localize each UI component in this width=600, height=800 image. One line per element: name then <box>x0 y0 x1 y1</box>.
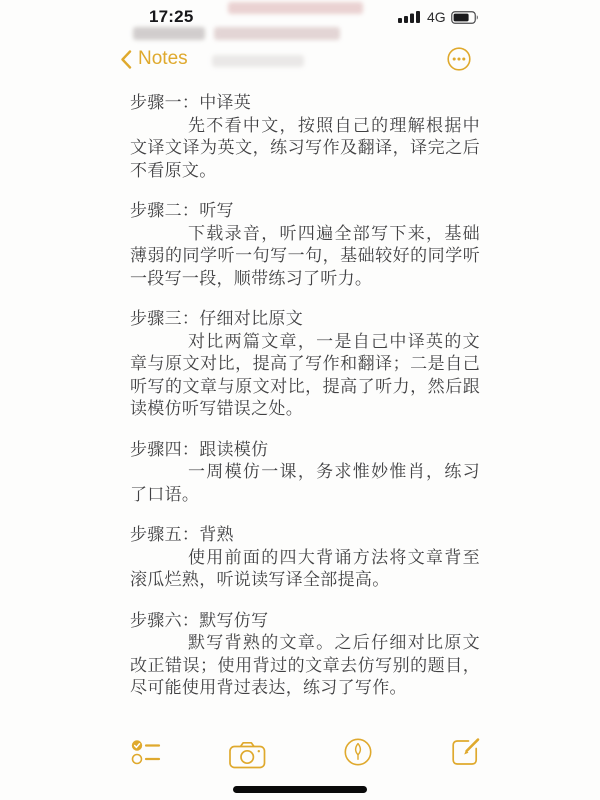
photo-artifact <box>228 2 363 14</box>
compose-icon <box>450 737 481 767</box>
step-title: 步骤一：中译英 <box>130 92 480 115</box>
photo-artifact <box>212 55 304 67</box>
note-editor[interactable]: 步骤一：中译英 先不看中文，按照自己的理解根据中文译文译为英文，练习写作及翻译，… <box>130 92 480 718</box>
camera-icon <box>229 741 266 769</box>
status-icons: 4G <box>398 9 479 25</box>
note-step: 步骤六：默写仿写 默写背熟的文章。之后仔细对比原文改正错误；使用背过的文章去仿写… <box>130 610 480 700</box>
step-title: 步骤五：背熟 <box>130 524 480 547</box>
step-body: 默写背熟的文章。之后仔细对比原文改正错误；使用背过的文章去仿写别的题目，尽可能使… <box>130 632 480 700</box>
step-body: 先不看中文，按照自己的理解根据中文译文译为英文，练习写作及翻译，译完之后不看原文… <box>130 115 480 183</box>
step-body: 对比两篇文章，一是自己中译英的文章与原文对比，提高了写作和翻译；二是自己听写的文… <box>130 331 480 421</box>
ellipsis-circle-icon <box>447 47 471 71</box>
markup-button[interactable] <box>344 738 372 766</box>
step-title: 步骤六：默写仿写 <box>130 610 480 633</box>
note-step: 步骤三：仔细对比原文 对比两篇文章，一是自己中译英的文章与原文对比，提高了写作和… <box>130 308 480 421</box>
cellular-signal-icon <box>398 11 422 23</box>
status-time: 17:25 <box>149 7 193 27</box>
step-title: 步骤二：听写 <box>130 200 480 223</box>
note-step: 步骤四：跟读模仿 一周模仿一课，务求惟妙惟肖，练习了口语。 <box>130 439 480 507</box>
checklist-button[interactable] <box>131 739 161 766</box>
note-step: 步骤一：中译英 先不看中文，按照自己的理解根据中文译文译为英文，练习写作及翻译，… <box>130 92 480 182</box>
step-body: 下载录音，听四遍全部写下来，基础薄弱的同学听一句写一句，基础较好的同学听一段写一… <box>130 223 480 291</box>
step-title: 步骤三：仔细对比原文 <box>130 308 480 331</box>
note-step: 步骤二：听写 下载录音，听四遍全部写下来，基础薄弱的同学听一句写一句，基础较好的… <box>130 200 480 290</box>
chevron-left-icon <box>120 49 132 70</box>
step-body: 一周模仿一课，务求惟妙惟肖，练习了口语。 <box>130 461 480 506</box>
back-button[interactable]: Notes <box>120 48 188 70</box>
step-title: 步骤四：跟读模仿 <box>130 439 480 462</box>
checklist-icon <box>131 739 161 766</box>
home-indicator[interactable] <box>233 786 367 793</box>
step-body: 使用前面的四大背诵方法将文章背至滚瓜烂熟，听说读写译全部提高。 <box>130 547 480 592</box>
photo-artifact <box>133 27 205 40</box>
compose-button[interactable] <box>450 737 481 767</box>
back-button-label: Notes <box>138 48 188 70</box>
markup-pen-icon <box>344 738 372 766</box>
notes-app-screen: 17:25 4G Notes <box>0 0 600 800</box>
photo-artifact <box>214 27 340 40</box>
note-step: 步骤五：背熟 使用前面的四大背诵方法将文章背至滚瓜烂熟，听说读写译全部提高。 <box>130 524 480 592</box>
camera-button[interactable] <box>229 741 266 769</box>
battery-icon <box>451 11 479 24</box>
more-options-button[interactable] <box>447 47 471 71</box>
network-type-label: 4G <box>427 9 446 25</box>
